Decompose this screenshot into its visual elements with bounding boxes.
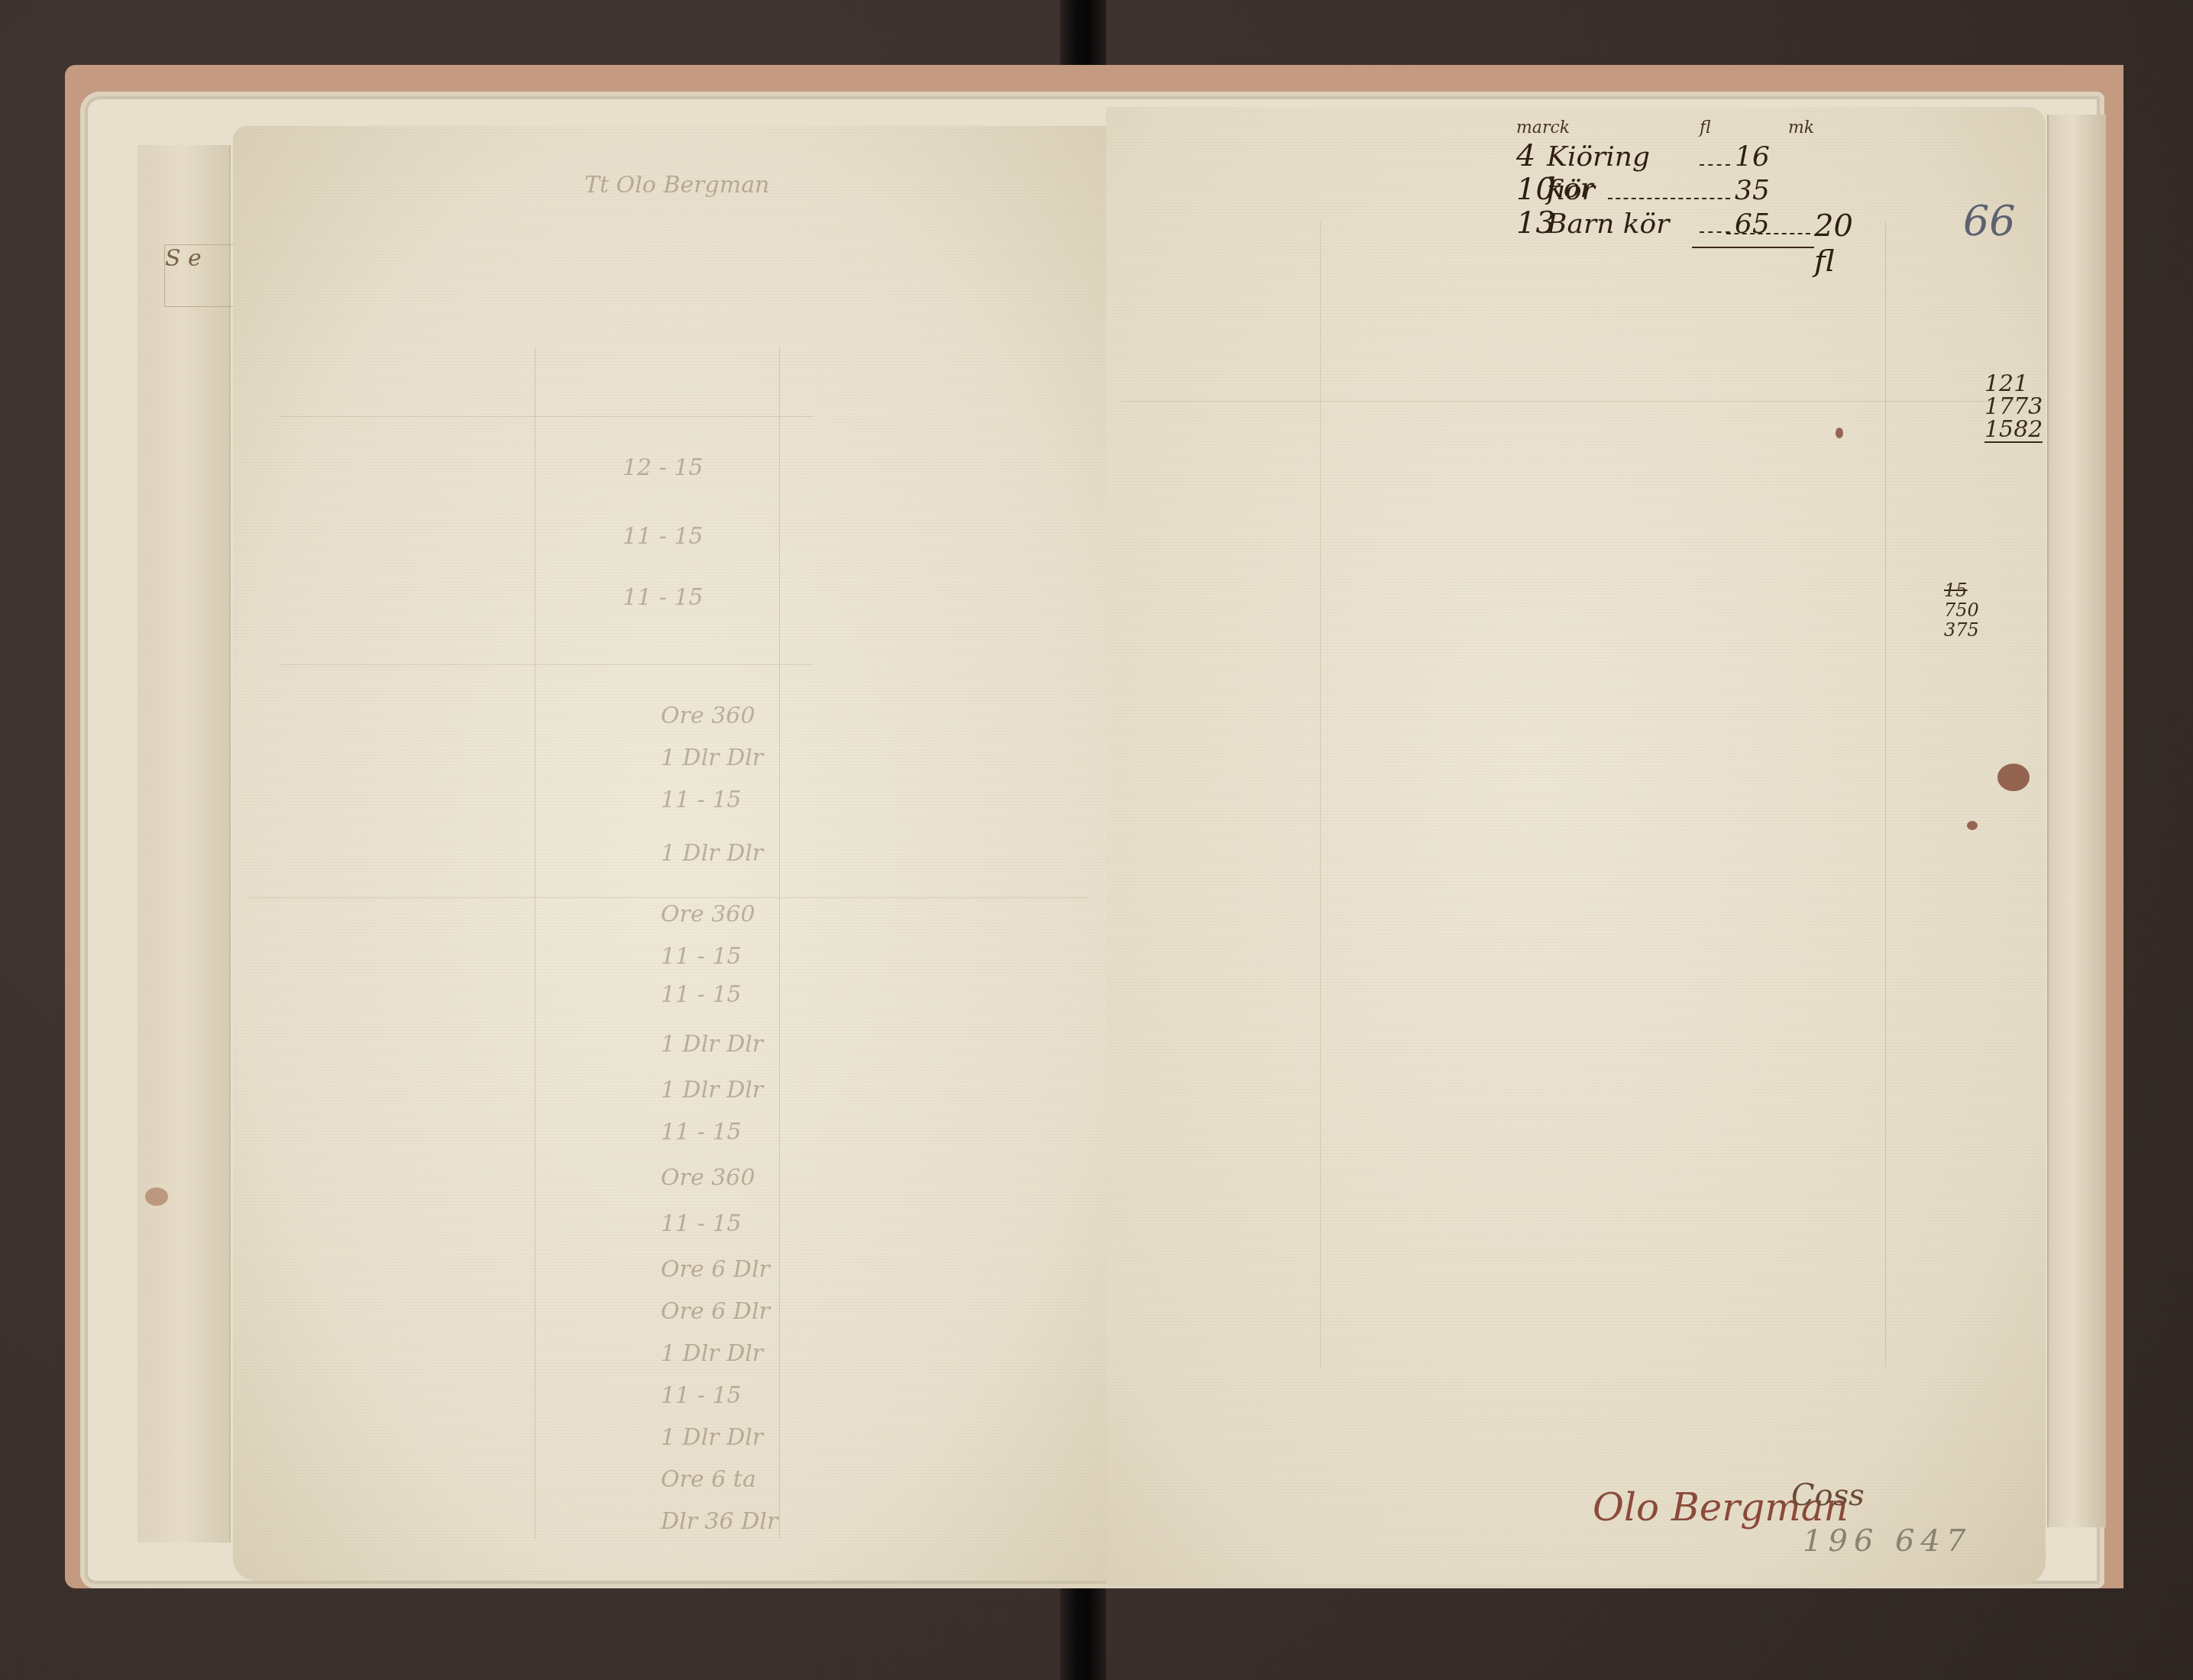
ruled-line [1121, 401, 2023, 402]
tally-qty: 4 [1516, 138, 1547, 173]
folio-number: 66 [1963, 197, 2016, 245]
bleed-through-line: Ore 360 [661, 901, 755, 928]
bleed-through-line: 11 - 15 [623, 523, 704, 550]
tally-total: 20 fl [1814, 208, 1853, 279]
sum-underline [1692, 247, 1814, 248]
folded-page-edges [137, 145, 231, 1543]
header-fl: fl [1700, 118, 1788, 138]
bleed-through-line: 11 - 15 [661, 1382, 742, 1409]
bleed-through-line: Ore 360 [661, 1165, 755, 1191]
calc-line: 750 [1944, 600, 1979, 620]
bleed-through-line: 11 - 15 [661, 943, 742, 970]
tally-headers: marck fl mk [1516, 118, 1814, 138]
stain [145, 1187, 168, 1206]
header-marck: marck [1516, 118, 1700, 138]
tally-value: 35 [1735, 175, 1781, 206]
bleed-through-line: Ore 6 Dlr [661, 1298, 770, 1325]
tally-row: 4 Kiöring kor 16 [1516, 138, 1814, 172]
bleed-through-line: 1 Dlr Dlr [661, 1340, 763, 1367]
ruled-line [248, 897, 1088, 898]
leader-dashes [1700, 164, 1730, 166]
bleed-through-line: 1 Dlr Dlr [661, 745, 763, 771]
tally-qty: 10 [1516, 172, 1547, 207]
tally-item: fiör [1547, 175, 1608, 206]
bleed-through-line: 11 - 15 [661, 1210, 742, 1237]
leader-dashes [1726, 233, 1810, 234]
bleed-through-line: 1 Dlr Dlr [661, 1424, 763, 1451]
bleed-through-line: 11 - 15 [661, 981, 742, 1008]
calc-line: 1773 [1984, 396, 2043, 418]
bleed-through-heading: Tt Olo Bergman [584, 172, 769, 199]
tally-value: 65 [1735, 208, 1781, 240]
page-tab-stub: S e [164, 244, 235, 307]
calc-result: 1582 [1984, 418, 2043, 443]
ink-stain [1836, 428, 1843, 438]
bleed-through-line: 1 Dlr Dlr [661, 1077, 763, 1103]
signature-abbreviation: Coss [1791, 1478, 1865, 1513]
header-mk: mk [1788, 118, 1814, 138]
bleed-through-line: 11 - 15 [623, 584, 704, 611]
bleed-through-line: Ore 360 [661, 703, 755, 729]
ruled-line [1320, 221, 1321, 1367]
calc-line: 375 [1944, 620, 1979, 640]
ink-stain [1997, 764, 2030, 791]
right-page [1106, 107, 2046, 1585]
bleed-through-line: 12 - 15 [623, 454, 704, 481]
pencil-reference-number: 196 647 [1803, 1523, 1971, 1559]
ruled-line [279, 416, 813, 417]
tally-qty: 13 [1516, 205, 1547, 241]
tally-calculation: marck fl mk 4 Kiöring kor 16 10 fiör 35 … [1516, 118, 1814, 239]
ruled-line [279, 664, 813, 665]
bleed-through-line: 11 - 15 [661, 787, 742, 813]
bleed-through-line: 1 Dlr Dlr [661, 1031, 763, 1058]
bleed-through-line: 11 - 15 [661, 1119, 742, 1145]
right-page-edges [2047, 115, 2106, 1527]
ruled-line [535, 347, 535, 1539]
leader-dashes [1608, 198, 1730, 199]
tally-item: Barn kör [1547, 208, 1700, 240]
bleed-through-line: Dlr 36 Dlr [661, 1508, 778, 1535]
ink-stain [1967, 821, 1978, 830]
bleed-through-line: 1 Dlr Dlr [661, 840, 763, 867]
ruled-line [1885, 221, 1886, 1367]
margin-calculation-1: 121 1773 1582 [1984, 373, 2043, 443]
tally-value: 16 [1735, 141, 1781, 173]
ruled-line [779, 347, 780, 1539]
bleed-through-line: Ore 6 Dlr [661, 1256, 770, 1283]
calc-line: 15 [1944, 580, 1979, 600]
calc-line: 121 [1984, 373, 2043, 396]
bleed-through-line: Ore 6 ta [661, 1466, 756, 1493]
margin-calculation-2: 15 750 375 [1944, 580, 1979, 640]
leader-dashes [1700, 231, 1730, 233]
left-page: Tt Olo Bergman 12 - 15 11 - 15 11 - 15 O… [233, 126, 1119, 1581]
